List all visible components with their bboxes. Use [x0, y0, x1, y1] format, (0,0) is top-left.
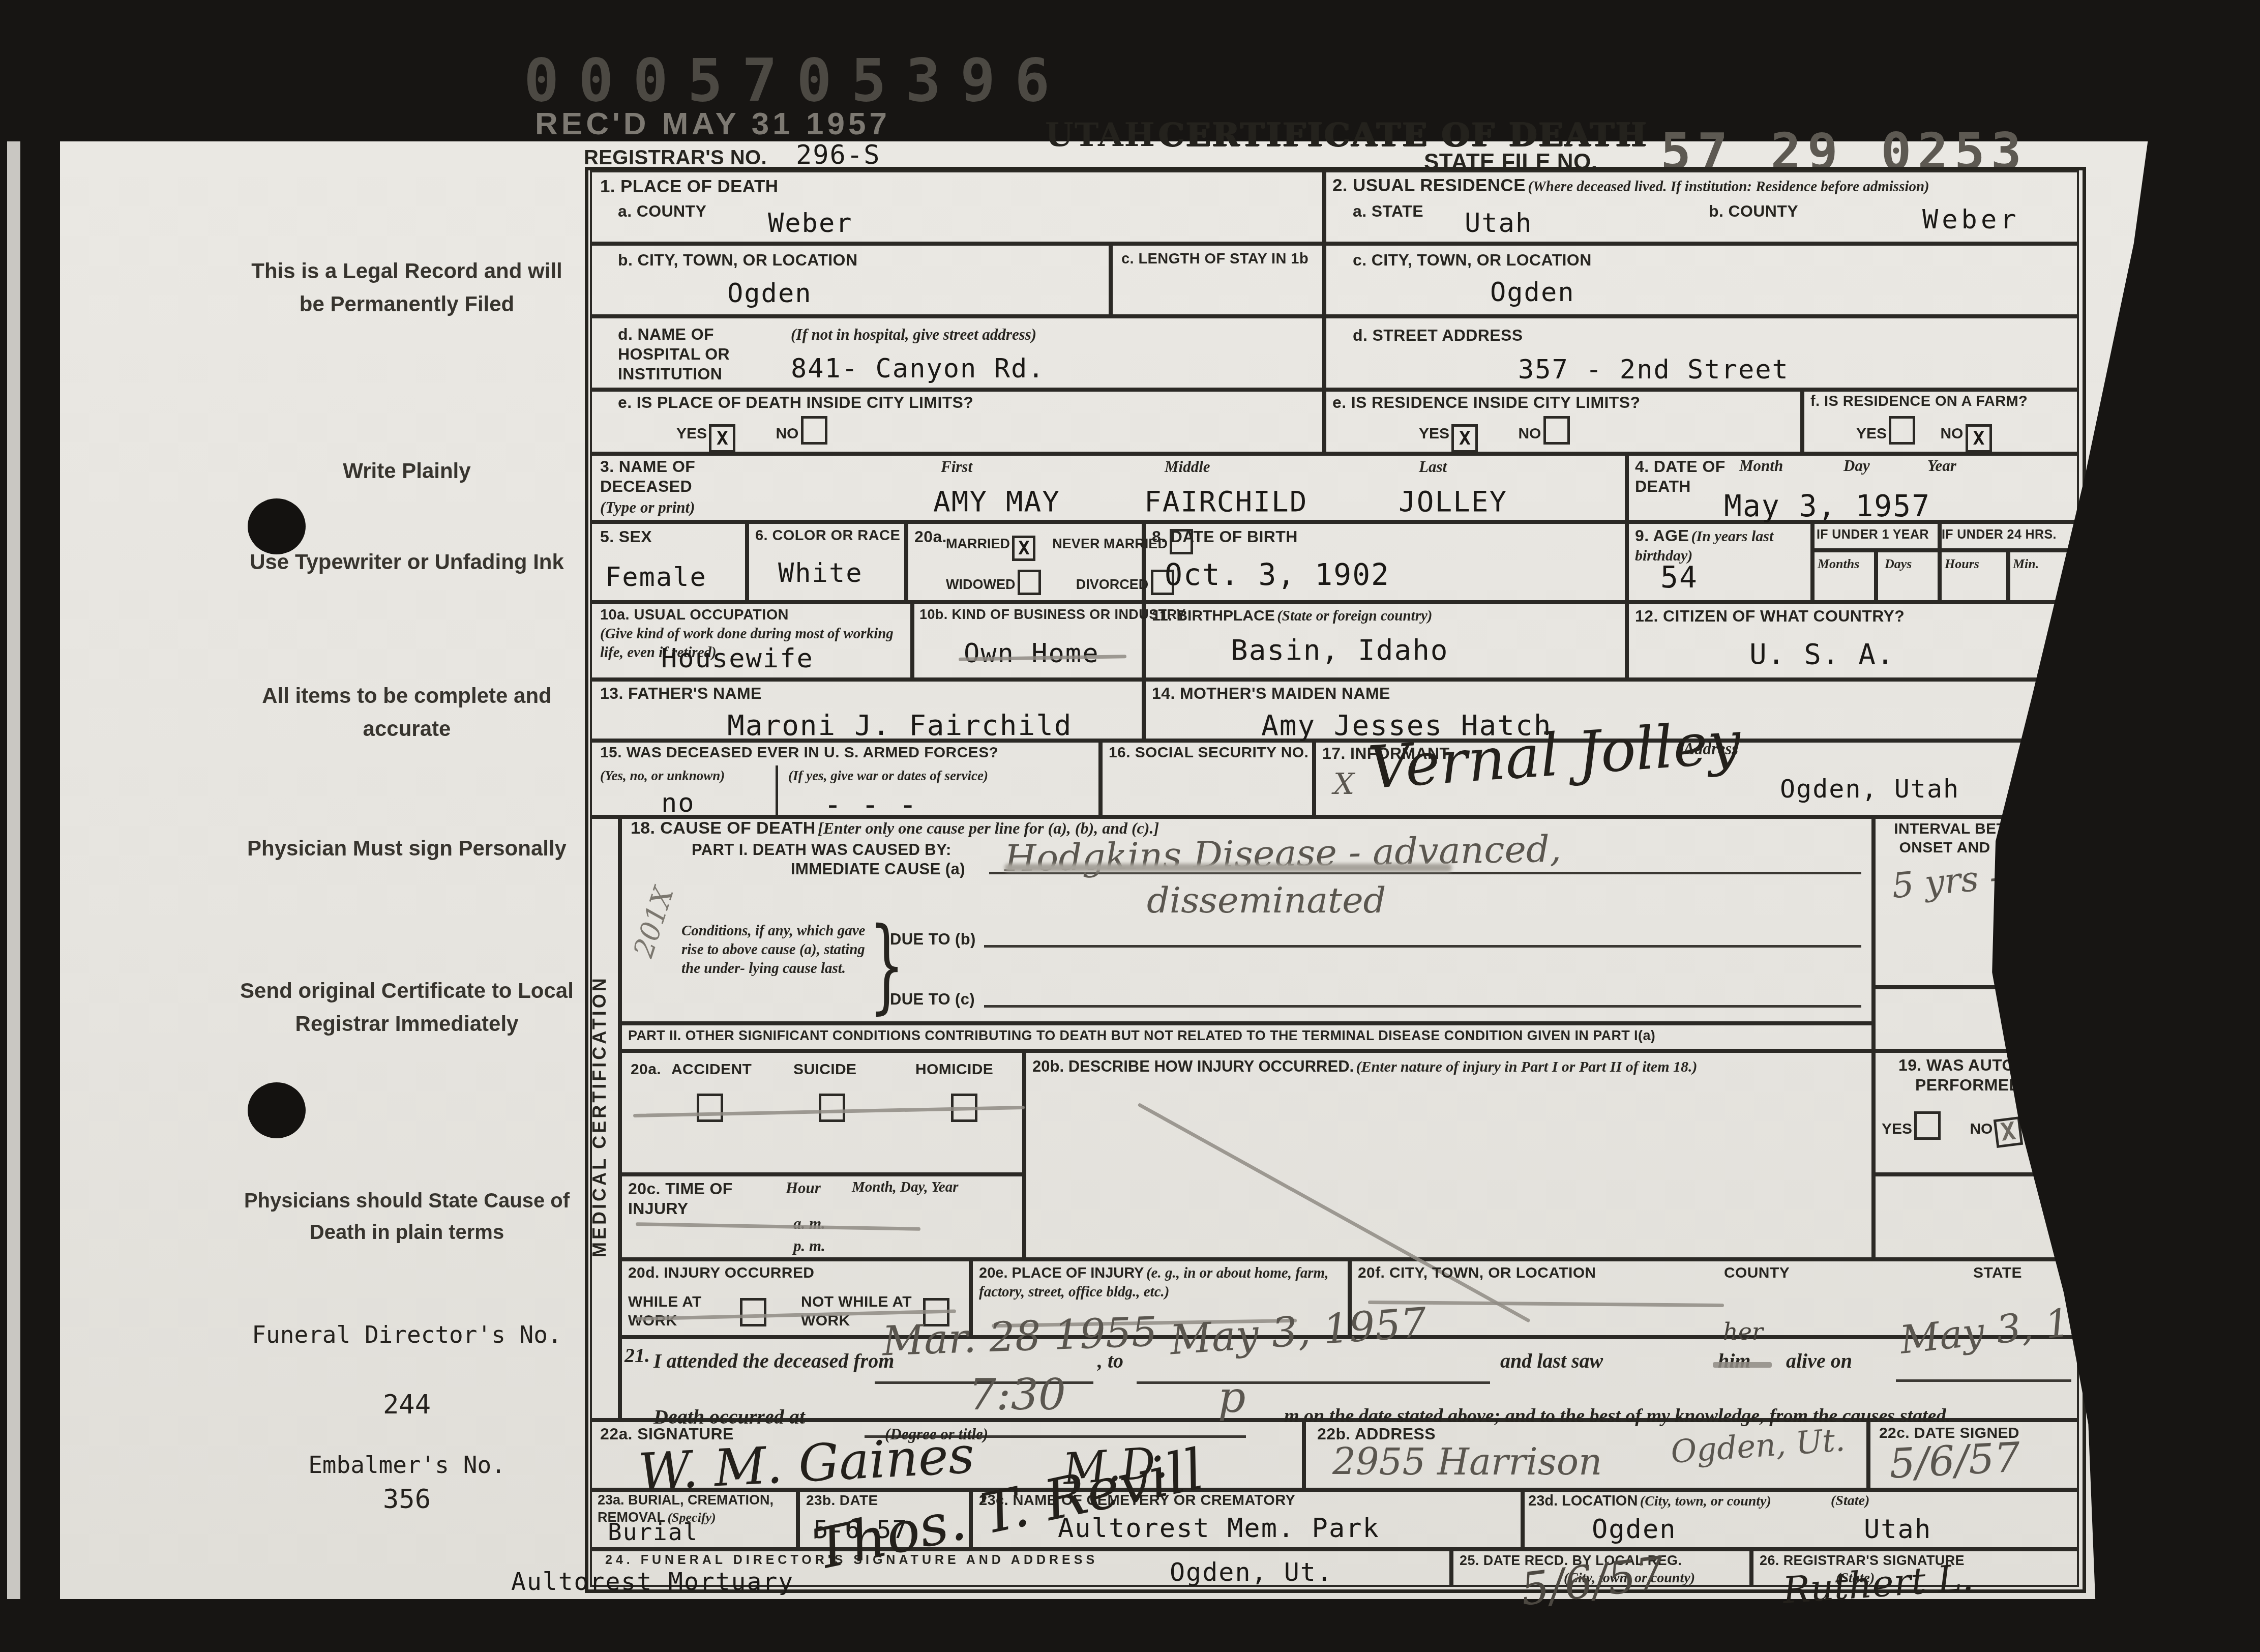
- s3-last-value: JOLLEY: [1399, 487, 1507, 517]
- s7-number: 20a.: [914, 527, 947, 547]
- s20f-label: 20f. CITY, TOWN, OR LOCATION: [1358, 1264, 1596, 1283]
- s20a-suicide-label: SUICIDE: [793, 1060, 857, 1079]
- s2-title-hint: (Where deceased lived. If institution: R…: [1528, 179, 1929, 195]
- s4-col-month: Month: [1739, 456, 1783, 476]
- s18-part2: PART II. OTHER SIGNIFICANT CONDITIONS CO…: [628, 1027, 1655, 1044]
- s18-part1: PART I. DEATH WAS CAUSED BY:: [692, 840, 951, 860]
- margin-note-all-items: All items to be complete and accurate: [239, 679, 575, 745]
- s1d-label: d. NAME OF HOSPITAL OR INSTITUTION: [618, 324, 776, 384]
- s20f-state-label: STATE: [1973, 1264, 2022, 1283]
- margin-note-send-original: Send original Certificate to Local Regis…: [239, 974, 575, 1040]
- s6-value: White: [778, 559, 863, 587]
- s2b-value: Weber: [1922, 206, 2020, 234]
- margin-note-use-typewriter: Use Typewriter or Unfading Ink: [239, 545, 575, 578]
- s10a-value: Housewife: [661, 645, 814, 673]
- s13-value: Maroni J. Fairchild: [727, 711, 1073, 741]
- s12-value: U. S. A.: [1749, 640, 1895, 670]
- s2e-no-checkbox: [1543, 416, 1570, 445]
- s1e-checkgroup: YES X NO: [676, 416, 827, 453]
- s4-col-day: Day: [1843, 456, 1870, 476]
- s2e-label: e. IS RESIDENCE INSIDE CITY LIMITS?: [1332, 393, 1641, 412]
- pencil-smudge: [1004, 864, 1452, 872]
- s8-value: Oct. 3, 1902: [1165, 559, 1390, 591]
- s9-under1yr-label: IF UNDER 1 YEAR: [1817, 527, 1929, 543]
- writing-line-cause-c: [984, 1005, 1861, 1008]
- funeral-directors-no-value: 244: [239, 1386, 575, 1424]
- s15-value1: no: [661, 789, 695, 817]
- s20d-while-label: WHILE AT WORK: [628, 1293, 735, 1330]
- s23d-hint-state: (State): [1831, 1492, 1869, 1510]
- s19-yes-checkbox: [1914, 1111, 1941, 1140]
- s3-middle-value: FAIRCHILD: [1144, 487, 1307, 517]
- s4-value: May 3, 1957: [1724, 491, 1930, 522]
- s20c-mdy-label: Month, Day, Year: [852, 1178, 958, 1197]
- s4-label: 4. DATE OF DEATH: [1635, 457, 1727, 496]
- s20a-accident-label: ACCIDENT: [671, 1060, 752, 1079]
- s4-col-year: Year: [1927, 456, 1956, 476]
- s2f-yes-label: YES: [1856, 425, 1887, 442]
- s7-widowed-checkbox: [1018, 570, 1041, 595]
- s20d-label: 20d. INJURY OCCURRED: [628, 1264, 814, 1283]
- title-utah: UTAH: [1045, 116, 1156, 154]
- s18-due-b-label: DUE TO (b): [890, 930, 976, 949]
- scan-edge-sliver: [7, 141, 20, 1599]
- s1e-yes-label: YES: [676, 425, 707, 442]
- s20c-hour-label: Hour: [786, 1178, 821, 1198]
- s2e-yes-label: YES: [1419, 425, 1449, 442]
- margin-note-physician-sign: Physician Must sign Personally: [239, 832, 575, 865]
- s7-divorced-label: DIVORCED: [1076, 577, 1149, 592]
- s7-married-checkbox: X: [1012, 536, 1035, 561]
- s23d-label: 23d. LOCATION: [1528, 1493, 1638, 1509]
- received-date-stamp: REC'D MAY 31 1957: [535, 106, 890, 142]
- s1-title: 1. PLACE OF DEATH: [600, 176, 778, 198]
- s24-place: Ogden, Ut.: [1170, 1559, 1333, 1586]
- s2-title-row: 2. USUAL RESIDENCE (Where deceased lived…: [1332, 175, 1929, 197]
- s20a-accident-checkbox: [697, 1094, 723, 1122]
- s1e-label: e. IS PLACE OF DEATH INSIDE CITY LIMITS?: [618, 393, 973, 412]
- s2d-label: d. STREET ADDRESS: [1353, 326, 1523, 345]
- s2f-yes-checkbox: [1889, 416, 1915, 445]
- s15-divider: [776, 765, 778, 815]
- s1a-label: a. COUNTY: [618, 201, 706, 221]
- s17-address-value: Ogden, Utah: [1780, 776, 1959, 803]
- embalmers-no-value: 356: [239, 1481, 575, 1518]
- s15-hint1: (Yes, no, or unknown): [600, 767, 725, 785]
- s20a-suicide-checkbox: [819, 1094, 845, 1122]
- s20c-pm-label: p. m.: [793, 1236, 825, 1256]
- s23d-header: 23d. LOCATION (City, town, or county): [1528, 1492, 1771, 1511]
- s1e-no-checkbox: [801, 416, 827, 445]
- s18-immediate-label: IMMEDIATE CAUSE (a): [791, 860, 965, 879]
- s17-x-mark: X: [1333, 769, 1354, 799]
- s9-under24hr-label: IF UNDER 24 HRS.: [1942, 527, 2057, 543]
- s9-label: 9. AGE: [1635, 526, 1689, 545]
- funeral-directors-no-label: Funeral Director's No.: [239, 1318, 575, 1351]
- s1d-hint: (If not in hospital, give street address…: [791, 324, 1036, 345]
- s14-label: 14. MOTHER'S MAIDEN NAME: [1152, 684, 1390, 703]
- s2c-label: c. CITY, TOWN, OR LOCATION: [1353, 250, 1592, 270]
- s20e-header: 20e. PLACE OF INJURY (e. g., in or about…: [979, 1264, 1335, 1302]
- s7-row2: WIDOWED DIVORCED: [946, 570, 1174, 595]
- s2e-checkgroup: YES X NO: [1419, 416, 1570, 453]
- embalmers-no-label: Embalmer's No.: [239, 1449, 575, 1481]
- s20b-header: 20b. DESCRIBE HOW INJURY OCCURRED. (Ente…: [1032, 1057, 1856, 1077]
- s15-label: 15. WAS DECEASED EVER IN U. S. ARMED FOR…: [600, 744, 998, 762]
- s9-months-label: Months: [1818, 555, 1859, 572]
- s2f-label: f. IS RESIDENCE ON A FARM?: [1810, 393, 2028, 410]
- s2d-value: 357 - 2nd Street: [1518, 356, 1789, 384]
- him-struck-word: him: [1718, 1349, 1750, 1373]
- s7-widowed-label: WIDOWED: [946, 577, 1015, 592]
- s1d-value: 841- Canyon Rd.: [791, 355, 1045, 383]
- s1b-value: Ogden: [727, 280, 812, 308]
- s2f-checkgroup: YES NO X: [1856, 416, 1992, 453]
- s1e-yes-checkbox: X: [709, 424, 735, 453]
- s3-label: 3. NAME OF DECEASED: [600, 457, 768, 496]
- s22c-value: 5/6/57: [1888, 1437, 2021, 1484]
- s18-due-c-label: DUE TO (c): [890, 990, 975, 1009]
- s3-hint: (Type or print): [600, 497, 695, 518]
- s10b-value: Own Home: [964, 640, 1099, 668]
- writing-line-cause-b: [984, 945, 1861, 948]
- s2b-label: b. COUNTY: [1709, 201, 1798, 221]
- margin-note-plain-terms: Physicians should State Cause of Death i…: [239, 1185, 575, 1248]
- s21-text2: , to: [1097, 1349, 1123, 1373]
- s20f-county-label: COUNTY: [1724, 1264, 1790, 1283]
- s7-never-label: NEVER MARRIED: [1052, 536, 1168, 551]
- s5-label: 5. SEX: [600, 527, 652, 547]
- s3-col-first: First: [941, 457, 972, 477]
- s23a-value: Burial: [608, 1520, 698, 1544]
- s6-label: 6. COLOR OR RACE: [755, 527, 900, 545]
- s21-text4: alive on: [1786, 1349, 1852, 1373]
- registrars-no-value: 296-S: [796, 141, 881, 169]
- s9-days-label: Days: [1885, 555, 1912, 572]
- s2e-no-label: NO: [1518, 425, 1541, 442]
- s21-number: 21.: [625, 1343, 650, 1367]
- s18-label: 18. CAUSE OF DEATH: [631, 818, 816, 838]
- death-time-value: 7:30: [969, 1373, 1066, 1417]
- s2a-value: Utah: [1465, 210, 1532, 238]
- s11-label-row: 11. BIRTHPLACE (State or foreign country…: [1152, 606, 1432, 626]
- s3-first-value: AMY MAY: [933, 487, 1060, 517]
- her-correction: her: [1723, 1320, 1763, 1343]
- s15-value2: - - -: [824, 789, 918, 820]
- s20a-homicide-label: HOMICIDE: [915, 1060, 993, 1079]
- s19-no-checkbox: X: [1994, 1116, 2023, 1148]
- s13-label: 13. FATHER'S NAME: [600, 684, 762, 703]
- s3-col-last: Last: [1419, 457, 1447, 477]
- s12-label: 12. CITIZEN OF WHAT COUNTRY?: [1635, 606, 1905, 626]
- margin-note-write-plainly: Write Plainly: [239, 454, 575, 487]
- s20c-label: 20c. TIME OF INJURY: [628, 1179, 755, 1219]
- s9-value: 54: [1660, 562, 1698, 593]
- death-certificate-scan: { "header": { "serial": "0005705396", "r…: [0, 0, 2260, 1652]
- pencil-strike-him: [1713, 1362, 1772, 1368]
- s19-checkgroup: YES NO X: [1882, 1111, 2021, 1146]
- s22b-value1: 2955 Harrison: [1332, 1443, 1602, 1480]
- s2c-value: Ogden: [1490, 279, 1575, 307]
- cause-of-death-line2: disseminated: [1147, 882, 1386, 918]
- punch-hole-bottom: [248, 1082, 306, 1138]
- s23d-city-value: Ogden: [1592, 1516, 1677, 1544]
- s5-value: Female: [605, 564, 707, 592]
- s3-col-middle: Middle: [1165, 457, 1210, 477]
- s2e-yes-checkbox: X: [1451, 424, 1478, 453]
- s8-label: 8. DATE OF BIRTH: [1152, 527, 1298, 547]
- s1e-no-label: NO: [776, 425, 798, 442]
- s19-yes-label: YES: [1882, 1120, 1912, 1137]
- s1a-value: Weber: [768, 210, 853, 238]
- s9-hours-label: Hours: [1945, 555, 1979, 572]
- s1b-label: b. CITY, TOWN, OR LOCATION: [618, 250, 857, 270]
- stamped-serial-number: 0005705396: [524, 47, 1069, 115]
- death-ampm-value: p: [1218, 1376, 1245, 1419]
- s20d-while-checkbox: [740, 1298, 766, 1326]
- writing-line-to: [1137, 1381, 1490, 1384]
- s7-married-label: MARRIED: [946, 536, 1010, 551]
- s10b-label: 10b. KIND OF BUSINESS OR INDUSTRY: [919, 606, 1186, 623]
- s15-hint2: (If yes, give war or dates of service): [788, 767, 988, 785]
- s24-typed-mortuary: Aultorest Mortuary: [511, 1569, 794, 1595]
- s16-label: 16. SOCIAL SECURITY NO.: [1109, 744, 1309, 762]
- writing-line-lastsaw: [1896, 1379, 2071, 1382]
- s20c-am-label: a. m.: [793, 1214, 825, 1234]
- s20a-number: 20a.: [631, 1060, 661, 1079]
- s11-hint: (State or foreign country): [1277, 608, 1432, 624]
- s2a-label: a. STATE: [1353, 201, 1423, 221]
- s17-address-label: Address: [1683, 739, 1738, 760]
- s2f-no-label: NO: [1940, 425, 1963, 442]
- s9-min-label: Min.: [2013, 555, 2039, 572]
- margin-note-legal-record: This is a Legal Record and will be Perma…: [239, 254, 575, 320]
- s20e-label: 20e. PLACE OF INJURY: [979, 1265, 1144, 1281]
- medical-certification-label: MEDICAL CERTIFICATION: [589, 815, 618, 1418]
- s1c-label: c. LENGTH OF STAY IN 1b: [1121, 250, 1309, 268]
- s2-title: 2. USUAL RESIDENCE: [1332, 175, 1526, 195]
- field-20b-describe-injury: [1022, 1049, 1876, 1261]
- s20b-label: 20b. DESCRIBE HOW INJURY OCCURRED.: [1032, 1057, 1354, 1075]
- s23d-state-value: Utah: [1864, 1516, 1931, 1544]
- s23d-hint-city: (City, town, or county): [1640, 1493, 1771, 1509]
- s21-text1: I attended the deceased from: [653, 1349, 894, 1373]
- interval-value: 5 yrs -: [1890, 860, 2002, 904]
- s18-label-hint: [Enter only one cause per line for (a), …: [818, 819, 1159, 837]
- s2f-no-checkbox: X: [1966, 424, 1992, 453]
- s21-text3: and last saw: [1500, 1349, 1603, 1373]
- s19-no-label: NO: [1970, 1120, 1993, 1137]
- s18-conditions-note: Conditions, if any, which gave rise to a…: [681, 922, 870, 978]
- s11-label: 11. BIRTHPLACE: [1152, 607, 1275, 624]
- s10a-label: 10a. USUAL OCCUPATION: [600, 606, 789, 624]
- s11-value: Basin, Idaho: [1231, 636, 1449, 666]
- s20b-hint: (Enter nature of injury in Part I or Par…: [1356, 1058, 1698, 1075]
